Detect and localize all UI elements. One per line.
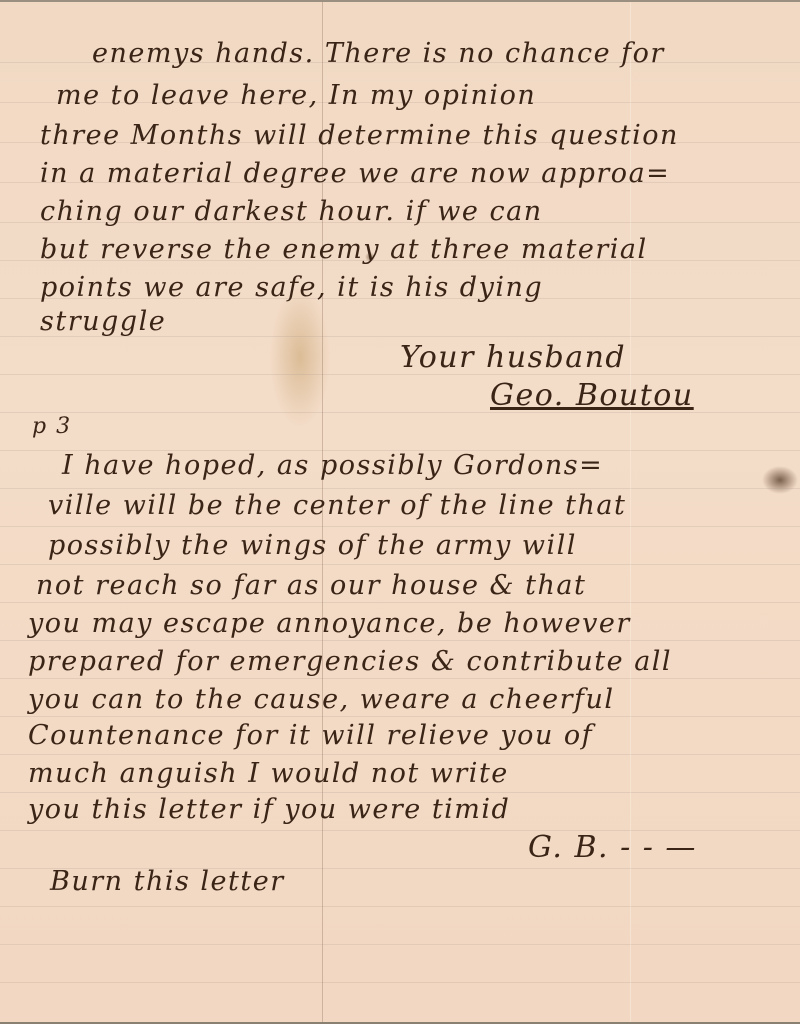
page-marker: p 3 <box>32 414 72 439</box>
initials-signature: G. B. - - — <box>528 830 697 865</box>
ruled-line <box>0 716 800 717</box>
letter-line: you can to the cause, weare a cheerful <box>28 684 615 715</box>
letter-line: much anguish I would not write <box>28 758 509 789</box>
letter-line: prepared for emergencies & contribute al… <box>28 646 672 677</box>
ruled-line <box>0 944 800 945</box>
letter-line: you may escape annoyance, be however <box>28 608 631 639</box>
letter-line: three Months will determine this questio… <box>40 120 679 151</box>
ruled-line <box>0 906 800 907</box>
ruled-line <box>0 564 800 565</box>
closing-salutation: Your husband <box>400 340 626 375</box>
ruled-line <box>0 526 800 527</box>
ruled-line <box>0 754 800 755</box>
ruled-line <box>0 982 800 983</box>
letter-line: ching our darkest hour. if we can <box>40 196 543 227</box>
fold-crease <box>630 2 631 1022</box>
ruled-line <box>0 602 800 603</box>
letter-line: Countenance for it will relieve you of <box>28 720 593 751</box>
letter-line: I have hoped, as possibly Gordons= <box>62 450 603 481</box>
ruled-line <box>0 678 800 679</box>
letter-line: me to leave here, In my opinion <box>56 80 536 111</box>
letter-line: ville will be the center of the line tha… <box>48 490 626 521</box>
ruled-line <box>0 488 800 489</box>
ruled-line <box>0 792 800 793</box>
postscript: Burn this letter <box>50 866 285 897</box>
letter-line: struggle <box>40 306 166 337</box>
letter-line: but reverse the enemy at three material <box>40 234 648 265</box>
signature: Geo. Boutou <box>490 378 694 413</box>
letter-line: possibly the wings of the army will <box>48 530 577 561</box>
letter-line: not reach so far as our house & that <box>36 570 586 601</box>
letter-page: enemys hands. There is no chance for me … <box>0 0 800 1022</box>
letter-line: in a material degree we are now approa= <box>40 158 670 189</box>
letter-line: points we are safe, it is his dying <box>40 272 543 303</box>
letter-line: you this letter if you were timid <box>28 794 510 825</box>
ruled-line <box>0 640 800 641</box>
letter-line: enemys hands. There is no chance for <box>92 38 665 69</box>
